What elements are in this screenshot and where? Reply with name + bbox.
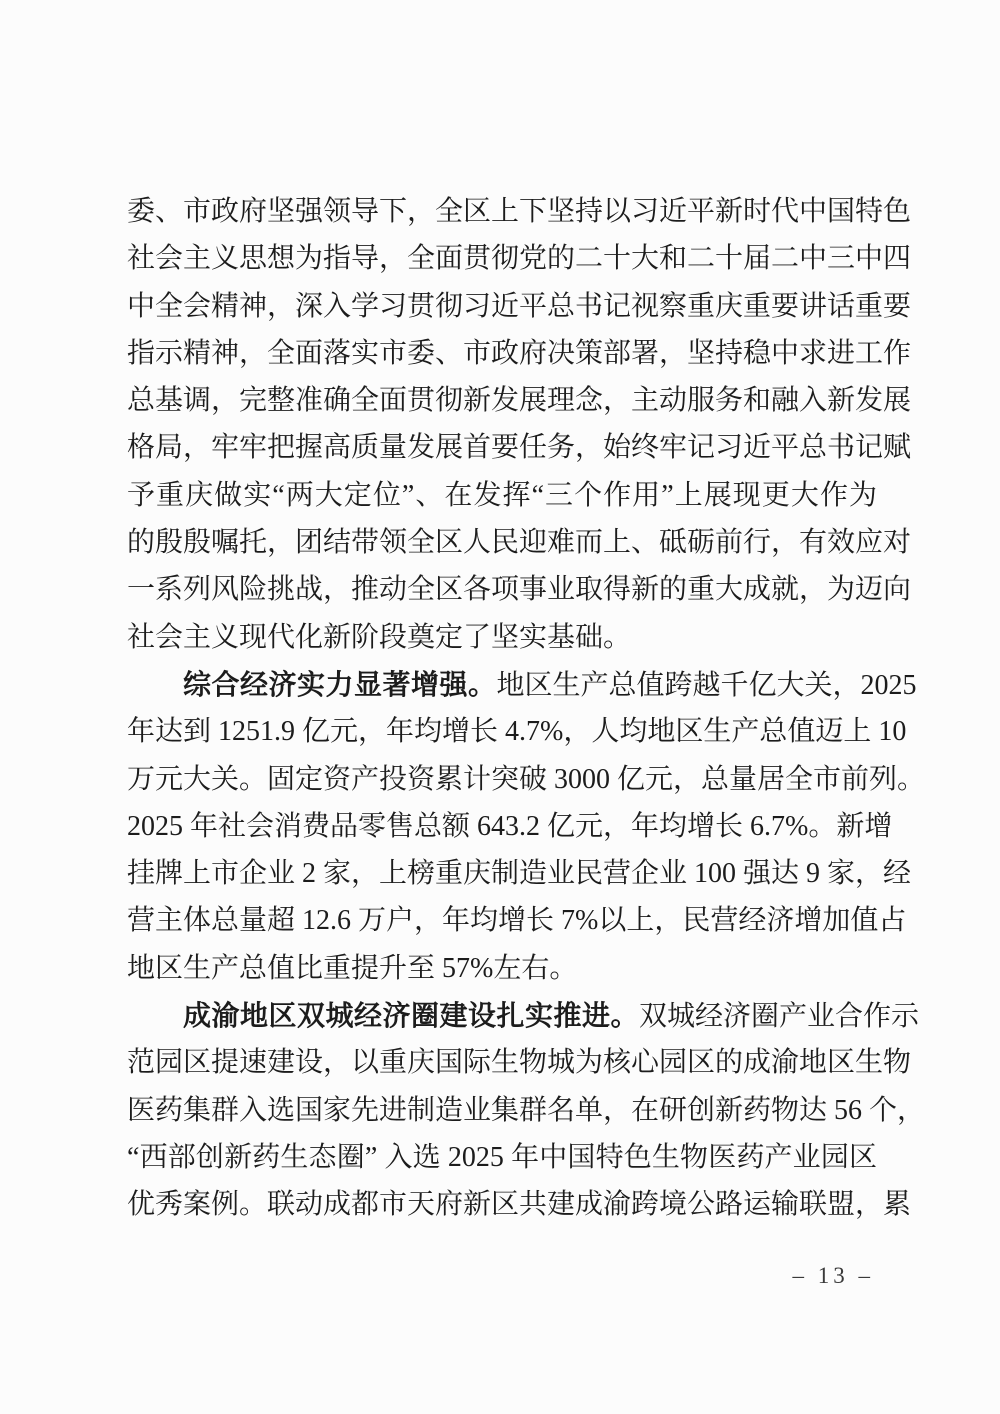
line-text: 总基调，完整准确全面贯彻新发展理念，主动服务和融入新发展: [127, 385, 911, 416]
text-line: 一系列风险挑战，推动全区各项事业取得新的重大成就，为迈向: [127, 566, 877, 613]
line-text: 双城经济圈产业合作示: [639, 1001, 919, 1032]
text-line: 成渝地区双城经济圈建设扎实推进。双城经济圈产业合作示: [127, 992, 877, 1039]
line-text: 挂牌上市企业 2 家，上榜重庆制造业民营企业 100 强达 9 家，经: [127, 858, 911, 889]
text-line: 指示精神，全面落实市委、市政府决策部署，坚持稳中求进工作: [127, 330, 877, 377]
line-text: 年达到 1251.9 亿元，年均增长 4.7%，人均地区生产总值迈上 10: [127, 716, 906, 747]
text-line: 万元大关。固定资产投资累计突破 3000 亿元，总量居全市前列。: [127, 756, 877, 803]
text-line: 优秀案例。联动成都市天府新区共建成渝跨境公路运输联盟，累: [127, 1181, 877, 1228]
text-line: 年达到 1251.9 亿元，年均增长 4.7%，人均地区生产总值迈上 10: [127, 708, 877, 755]
text-line: 予重庆做实“两大定位”、在发挥“三个作用”上展现更大作为: [127, 472, 877, 519]
line-text: 予重庆做实“两大定位”、在发挥“三个作用”上展现更大作为: [127, 480, 877, 511]
text-line: “西部创新药生态圈” 入选 2025 年中国特色生物医药产业园区: [127, 1134, 877, 1181]
line-text: 格局，牢牢把握高质量发展首要任务，始终牢记习近平总书记赋: [127, 432, 911, 463]
line-text: 中全会精神，深入学习贯彻习近平总书记视察重庆重要讲话重要: [127, 291, 911, 322]
line-text: 社会主义现代化新阶段奠定了坚实基础。: [127, 622, 631, 653]
line-text: 范园区提速建设，以重庆国际生物城为核心园区的成渝地区生物: [127, 1047, 911, 1078]
line-text: 2025 年社会消费品零售总额 643.2 亿元，年均增长 6.7%。新增: [127, 811, 892, 842]
line-text: 一系列风险挑战，推动全区各项事业取得新的重大成就，为迈向: [127, 574, 911, 605]
text-line: 综合经济实力显著增强。地区生产总值跨越千亿大关，2025: [127, 661, 877, 708]
text-line: 格局，牢牢把握高质量发展首要任务，始终牢记习近平总书记赋: [127, 424, 877, 471]
line-text: 委、市政府坚强领导下，全区上下坚持以习近平新时代中国特色: [127, 196, 911, 227]
page-number: – 13 –: [793, 1262, 875, 1290]
text-line: 医药集群入选国家先进制造业集群名单，在研创新药物达 56 个，: [127, 1087, 877, 1134]
line-text: 优秀案例。联动成都市天府新区共建成渝跨境公路运输联盟，累: [127, 1189, 911, 1220]
text-line: 地区生产总值比重提升至 57%左右。: [127, 945, 877, 992]
paragraph-lead: 成渝地区双城经济圈建设扎实推进。: [183, 1000, 639, 1031]
line-text: 指示精神，全面落实市委、市政府决策部署，坚持稳中求进工作: [127, 338, 911, 369]
text-line: 的殷殷嘱托，团结带领全区人民迎难而上、砥砺前行，有效应对: [127, 519, 877, 566]
text-line: 委、市政府坚强领导下，全区上下坚持以习近平新时代中国特色: [127, 188, 877, 235]
text-line: 总基调，完整准确全面贯彻新发展理念，主动服务和融入新发展: [127, 377, 877, 424]
page-body: 委、市政府坚强领导下，全区上下坚持以习近平新时代中国特色社会主义思想为指导，全面…: [127, 188, 877, 1229]
line-text: 地区生产总值比重提升至 57%左右。: [127, 953, 577, 984]
document-page: 委、市政府坚强领导下，全区上下坚持以习近平新时代中国特色社会主义思想为指导，全面…: [0, 0, 1000, 1414]
line-text: 营主体总量超 12.6 万户，年均增长 7%以上，民营经济增加值占: [127, 905, 906, 936]
paragraph-lead: 综合经济实力显著增强。: [183, 669, 497, 700]
text-line: 挂牌上市企业 2 家，上榜重庆制造业民营企业 100 强达 9 家，经: [127, 850, 877, 897]
text-line: 社会主义思想为指导，全面贯彻党的二十大和二十届二中三中四: [127, 235, 877, 282]
text-line: 营主体总量超 12.6 万户，年均增长 7%以上，民营经济增加值占: [127, 897, 877, 944]
line-text: 社会主义思想为指导，全面贯彻党的二十大和二十届二中三中四: [127, 243, 911, 274]
line-text: 的殷殷嘱托，团结带领全区人民迎难而上、砥砺前行，有效应对: [127, 527, 911, 558]
line-text: 万元大关。固定资产投资累计突破 3000 亿元，总量居全市前列。: [127, 764, 925, 795]
line-text: “西部创新药生态圈” 入选 2025 年中国特色生物医药产业园区: [127, 1142, 877, 1173]
text-line: 社会主义现代化新阶段奠定了坚实基础。: [127, 614, 877, 661]
text-line: 2025 年社会消费品零售总额 643.2 亿元，年均增长 6.7%。新增: [127, 803, 877, 850]
line-text: 医药集群入选国家先进制造业集群名单，在研创新药物达 56 个，: [127, 1095, 925, 1126]
text-line: 范园区提速建设，以重庆国际生物城为核心园区的成渝地区生物: [127, 1039, 877, 1086]
line-text: 地区生产总值跨越千亿大关，2025: [497, 670, 917, 701]
text-line: 中全会精神，深入学习贯彻习近平总书记视察重庆重要讲话重要: [127, 283, 877, 330]
